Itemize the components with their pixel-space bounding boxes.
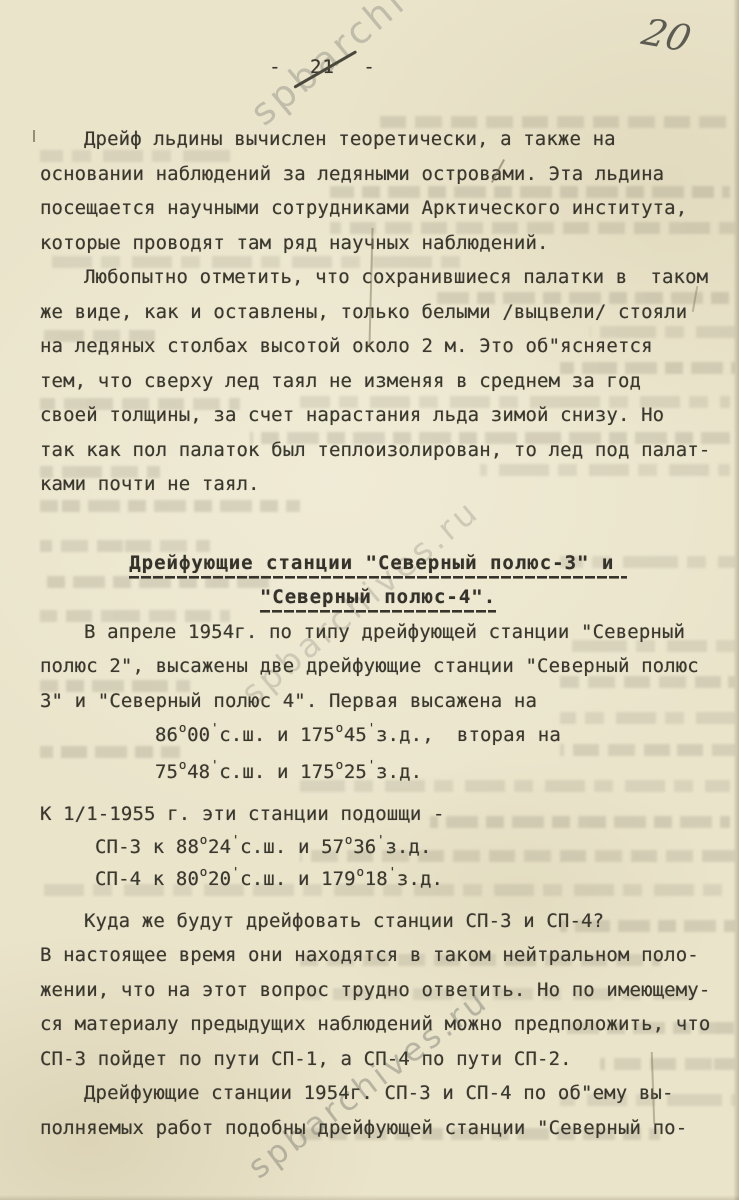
document-line: В настоящее время они находятся в таком …: [40, 938, 716, 973]
minute-mark: ': [210, 748, 219, 783]
minute-mark: ': [210, 711, 219, 746]
degree-mark: o: [178, 711, 187, 746]
document-line: полняемых работ подобны дрейфующей станц…: [40, 1111, 716, 1146]
document-line: 3" и "Северный полюс 4". Первая высажена…: [40, 684, 716, 719]
document-line: СП-4 к 80o20'с.ш. и 179o18'з.д.: [95, 864, 716, 896]
document-line: 86o00'с.ш. и 175o45'з.д., вторая на: [155, 718, 716, 755]
minute-mark: ': [367, 748, 376, 783]
section-heading-line: "Северный полюс-4".: [40, 580, 716, 615]
degree-mark: o: [335, 711, 344, 746]
minute-mark: ': [376, 825, 385, 855]
document-line: В апреле 1954г. по типу дрейфующей станц…: [40, 615, 716, 650]
degree-mark: o: [335, 748, 344, 783]
document-line: на ледяных столбах высотой около 2 м. Эт…: [40, 329, 716, 364]
degree-mark: o: [356, 857, 365, 887]
degree-mark: o: [199, 857, 208, 887]
document-line: полюс 2", высажены две дрейфующие станци…: [40, 649, 716, 684]
document-line: же виде, как и оставлены, только белыми …: [40, 295, 716, 330]
page-edge: [733, 0, 739, 1200]
document-line: ся материалу предыдущих наблюдений можно…: [40, 1007, 716, 1042]
minute-mark: ': [367, 711, 376, 746]
document-line: Дрейфующие станции 1954г. СП-3 и СП-4 по…: [40, 1076, 716, 1111]
document-line: Любопытно отметить, что сохранившиеся па…: [40, 260, 716, 295]
document-text: Дрейф льдины вычислен теоретически, а та…: [40, 122, 716, 1145]
degree-mark: o: [199, 825, 208, 855]
scanned-document-page: { "page": { "typed_page_number": "- 21 -…: [0, 0, 739, 1200]
document-line: тем, что сверху лед таял не изменяя в ср…: [40, 364, 716, 399]
handwritten-page-number: 20: [637, 11, 695, 61]
minute-mark: ': [231, 825, 240, 855]
document-line: своей толщины, за счет нарастания льда з…: [40, 398, 716, 433]
minute-mark: ': [231, 857, 240, 887]
document-line: ками почти не таял.: [40, 467, 716, 502]
document-line: которые проводят там ряд научных наблюде…: [40, 226, 716, 261]
page-edge: [0, 1195, 739, 1200]
document-line: СП-3 пойдет по пути СП-1, а СП-4 по пути…: [40, 1042, 716, 1077]
degree-mark: o: [178, 748, 187, 783]
document-line: так как пол палаток был теплоизолирован,…: [40, 433, 716, 468]
document-line: жении, что на этот вопрос трудно ответит…: [40, 973, 716, 1008]
document-line: основании наблюдений за ледяными острова…: [40, 157, 716, 192]
document-line: СП-3 к 88o24'с.ш. и 57o36'з.д.: [95, 832, 716, 864]
document-line: посещается научными сотрудниками Арктиче…: [40, 191, 716, 226]
document-line: Куда же будут дрейфовать станции СП-3 и …: [40, 904, 716, 939]
page-number: - 21 -: [0, 56, 692, 78]
section-heading-line: Дрейфующие станции "Северный полюс-3" и: [40, 546, 716, 581]
minute-mark: ': [388, 857, 397, 887]
document-line: 75o48'с.ш. и 175o25'з.д.: [155, 755, 716, 792]
document-line: Дрейф льдины вычислен теоретически, а та…: [40, 122, 716, 157]
degree-mark: o: [344, 825, 353, 855]
paper-crease: [33, 130, 35, 142]
